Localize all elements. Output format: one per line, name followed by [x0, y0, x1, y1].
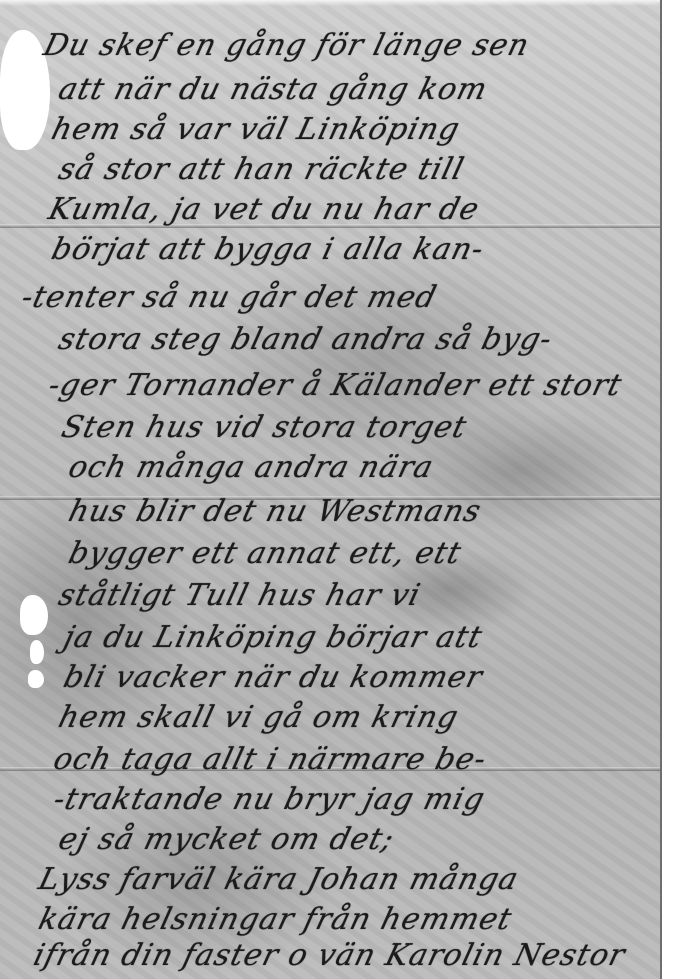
letter-line: Sten hus vid stora torget: [58, 410, 687, 445]
letter-line: Du skef en gång för länge sen: [40, 28, 669, 63]
letter-line: och många andra nära: [65, 450, 694, 485]
letter-line: -ger Tornander å Kälander ett stort: [45, 368, 674, 403]
scan-margin: [662, 0, 700, 979]
paper-top-edge: [0, 0, 660, 6]
letter-line: kära helsningar från hemmet: [35, 902, 664, 937]
paper-tear: [30, 640, 44, 664]
letter-line: stora steg bland andra så byg-: [55, 322, 684, 357]
letter-line: -traktande nu bryr jag mig: [50, 782, 679, 817]
letter-line: börjat att bygga i alla kan-: [48, 232, 677, 267]
letter-line: Kumla, ja vet du nu har de: [45, 192, 674, 227]
letter-line: så stor att han räckte till: [55, 152, 684, 187]
paper-tear: [20, 595, 48, 635]
letter-line: hus blir det nu Westmans: [65, 494, 694, 529]
letter-line: bygger ett annat ett, ett: [65, 536, 694, 571]
letter-line: Lyss farväl kära Johan många: [35, 862, 664, 897]
letter-line: -tenter så nu går det med: [18, 280, 647, 315]
letter-line: ifrån din faster o vän Karolin Nestor: [30, 938, 659, 973]
letter-line: att när du nästa gång kom: [55, 72, 684, 107]
letter-page: Du skef en gång för länge sen att när du…: [0, 0, 662, 979]
letter-line: hem så var väl Linköping: [48, 112, 677, 147]
letter-line: hem skall vi gå om kring: [55, 700, 684, 735]
paper-tear: [28, 670, 44, 688]
letter-line: ståtligt Tull hus har vi: [55, 578, 684, 613]
letter-line: och taga allt i närmare be-: [50, 742, 679, 777]
letter-line: ja du Linköping börjar att: [60, 620, 689, 655]
letter-line: ej så mycket om det;: [55, 822, 684, 857]
letter-line: bli vacker när du kommer: [60, 660, 689, 695]
